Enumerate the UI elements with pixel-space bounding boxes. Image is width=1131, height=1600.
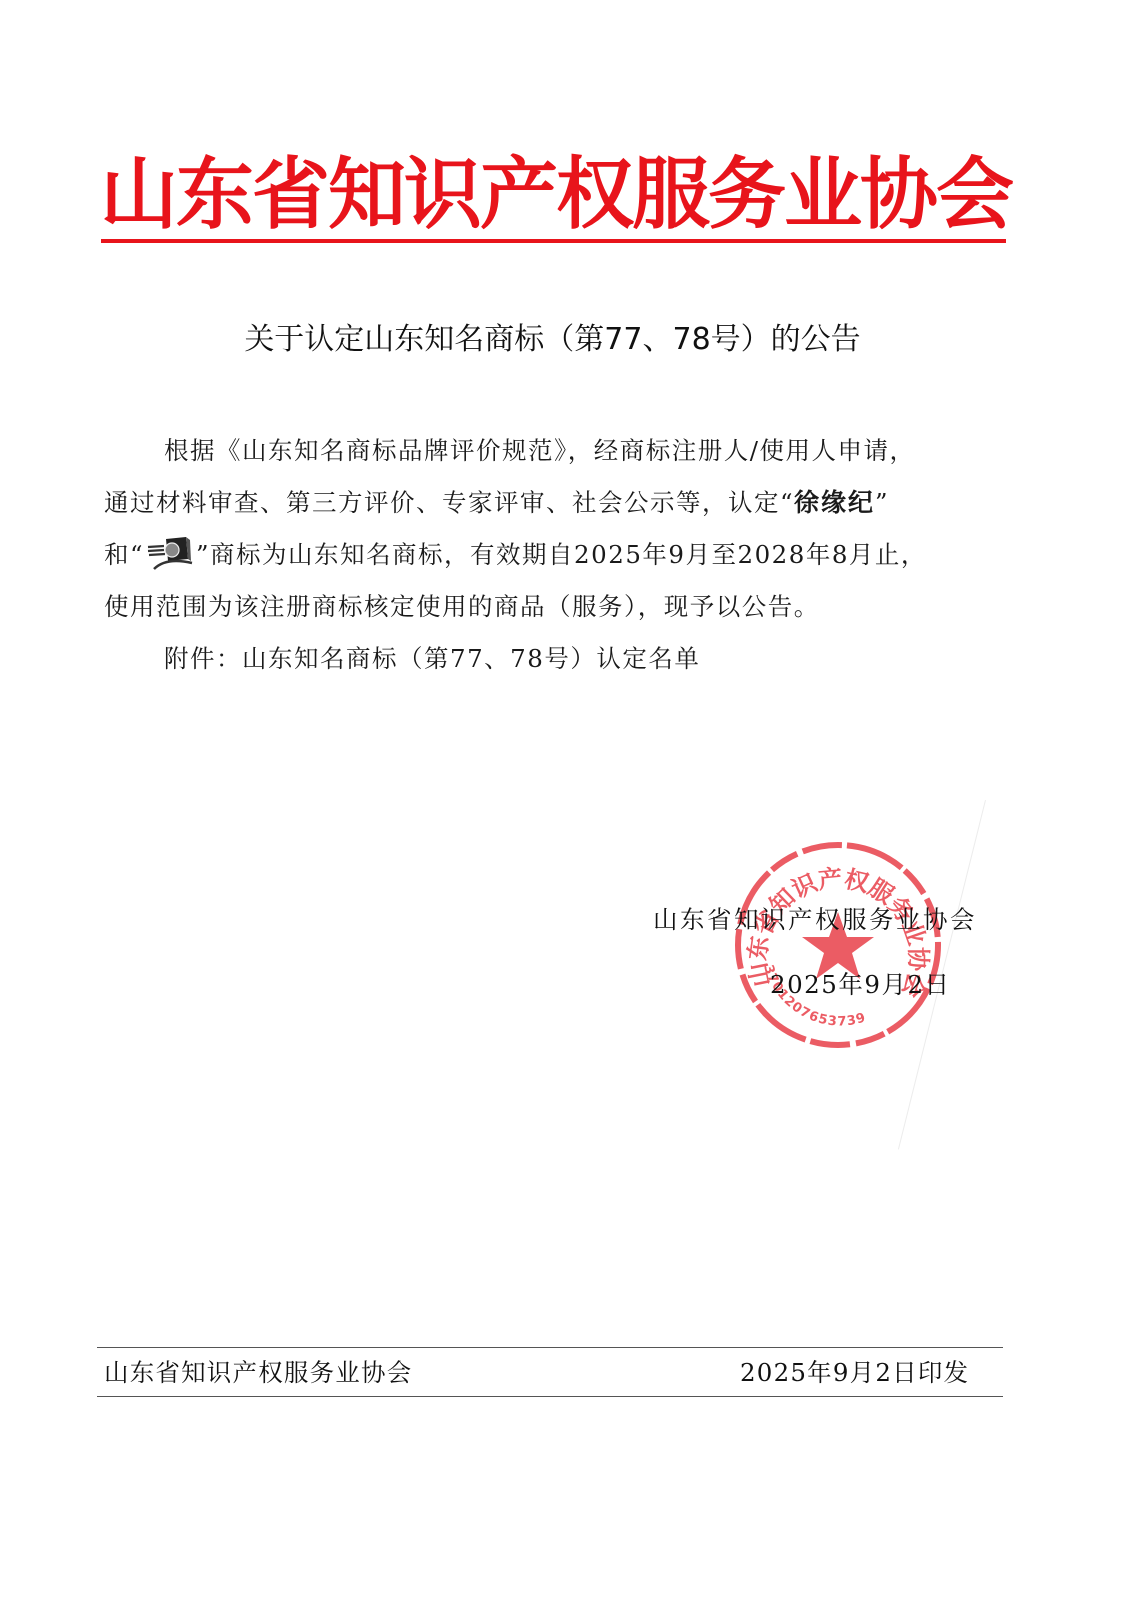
masthead-red-rule <box>101 239 1006 243</box>
body-paragraph-line-4: 使用范围为该注册商标核定使用的商品（服务），现予以公告。 <box>104 581 1009 633</box>
quote-open: “ <box>780 488 794 517</box>
body-paragraph-line-2: 通过材料审查、第三方评价、专家评审、社会公示等，认定“徐缘纪” <box>104 477 1009 529</box>
signature-organization: 山东省知识产权服务业协会 <box>653 900 977 940</box>
footer-issue-date: 2025年9月2日印发 <box>740 1353 969 1393</box>
paragraph-text: 和“ <box>104 540 144 569</box>
paragraph-text: 根据《山东知名商标品牌评价规范》，经商标注册人/使用人申请， <box>164 436 916 465</box>
body-paragraph-line-1: 根据《山东知名商标品牌评价规范》，经商标注册人/使用人申请， <box>104 425 1069 477</box>
footer-rule-top <box>97 1347 1003 1348</box>
paragraph-text: ”商标为山东知名商标，有效期自2025年9月至2028年8月止， <box>196 540 927 569</box>
footer-rule-bottom <box>97 1396 1003 1397</box>
trademark-logo-icon <box>146 537 194 571</box>
trademark-text: 徐缘纪 <box>794 488 875 517</box>
official-seal: 山东省知识产权服务业协会 3701207653739 <box>733 840 943 1050</box>
quote-close: ” <box>875 488 889 517</box>
document-title: 关于认定山东知名商标（第77、78号）的公告 <box>100 318 1005 362</box>
attachment-line: 附件：山东知名商标（第77、78号）认定名单 <box>104 633 1069 685</box>
footer-organization: 山东省知识产权服务业协会 <box>104 1353 412 1393</box>
document-page: 山东省知识产权服务业协会 关于认定山东知名商标（第77、78号）的公告 根据《山… <box>0 0 1131 1600</box>
masthead-title: 山东省知识产权服务业协会 <box>100 150 1005 240</box>
paragraph-text: 通过材料审查、第三方评价、专家评审、社会公示等，认定 <box>104 488 780 517</box>
attachment-text: 附件：山东知名商标（第77、78号）认定名单 <box>164 644 700 673</box>
seal-icon: 山东省知识产权服务业协会 3701207653739 <box>733 840 943 1050</box>
paragraph-text: 使用范围为该注册商标核定使用的商品（服务），现予以公告。 <box>104 592 820 621</box>
body-paragraph-line-3: 和“ ”商标为山东知名商标，有效期自2025年9月至2028年8月止， <box>104 529 1009 581</box>
signature-date: 2025年9月2日 <box>770 965 951 1005</box>
